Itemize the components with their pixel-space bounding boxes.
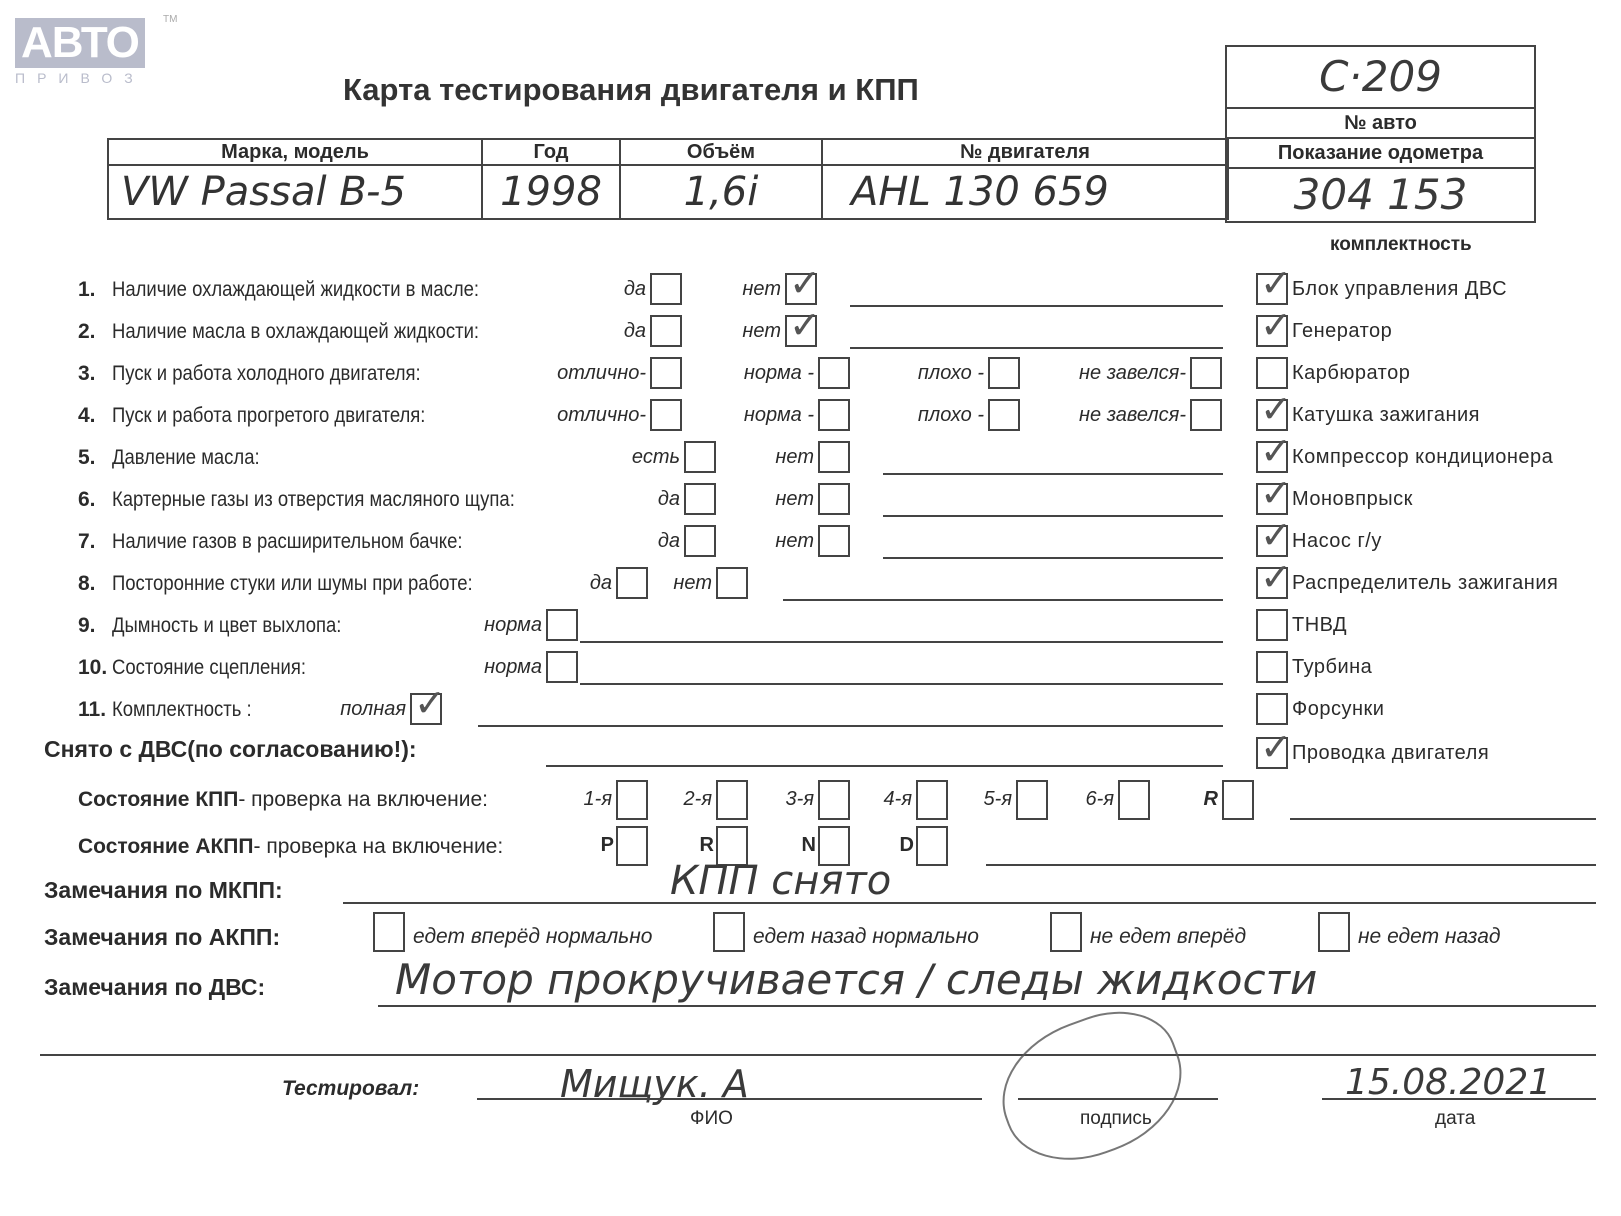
option-label: норма <box>484 614 542 637</box>
check-label: Состояние сцепления: <box>112 656 306 680</box>
check-label: Давление масла: <box>112 446 260 470</box>
option-checkbox[interactable] <box>616 567 648 599</box>
removed-row: Снято с ДВС (по согласованию!): <box>44 732 417 766</box>
car-number-value[interactable]: C·209 <box>1227 47 1534 109</box>
car-number-label: № авто <box>1227 109 1534 139</box>
komplektnost-item[interactable]: Турбина <box>1256 651 1372 683</box>
signature-caption: подпись <box>1080 1108 1152 1130</box>
option-checkbox[interactable] <box>650 315 682 347</box>
akpp-remark-label: едет назад нормально <box>753 925 979 949</box>
logo: АВТО TM ПРИВОЗ <box>15 18 155 86</box>
akpp-gear-checkbox[interactable] <box>616 826 648 866</box>
option-label: да <box>590 572 612 595</box>
check-number: 9. <box>78 614 112 638</box>
option-label: нет <box>775 530 814 553</box>
check-label: Наличие масла в охлаждающей жидкости: <box>112 320 479 344</box>
logo-sub: ПРИВОЗ <box>15 70 155 86</box>
option-label: полная <box>340 698 406 721</box>
option-label: нет <box>742 320 781 343</box>
year-value[interactable]: 1998 <box>482 165 620 219</box>
col-year: Год <box>482 139 620 165</box>
option-checkbox[interactable] <box>650 399 682 431</box>
col-engine-number: № двигателя <box>822 139 1228 165</box>
option-label: норма - <box>744 404 814 427</box>
kpp-gear-label: 2-я <box>684 788 712 811</box>
check-row: 2.Наличие масла в охлаждающей жидкости: <box>78 315 529 349</box>
komplektnost-label: Насос г/у <box>1292 530 1382 553</box>
kpp-gear-label: 6-я <box>1086 788 1114 811</box>
komplektnost-checkbox[interactable] <box>1256 609 1288 641</box>
check-row: 5.Давление масла: <box>78 441 280 475</box>
kpp-gear-checkbox[interactable] <box>716 780 748 820</box>
akpp-remark-checkbox[interactable] <box>373 912 405 952</box>
akpp-gear-label: P <box>601 834 614 857</box>
check-row: 3.Пуск и работа холодного двигателя: <box>78 357 463 391</box>
vehicle-info-table: Марка, модель Год Объём № двигателя VW P… <box>107 138 1229 220</box>
option-label: да <box>658 488 680 511</box>
check-notes-line[interactable] <box>478 725 1223 727</box>
akpp-gear-label: D <box>900 834 914 857</box>
check-label: Картерные газы из отверстия масляного щу… <box>112 488 515 512</box>
name-caption: ФИО <box>690 1108 733 1130</box>
option-checkbox[interactable] <box>988 357 1020 389</box>
komplektnost-item[interactable]: Компрессор кондиционера <box>1256 441 1553 473</box>
komplektnost-item[interactable]: Блок управления ДВС <box>1256 273 1507 305</box>
option-checkbox[interactable] <box>818 525 850 557</box>
check-number: 2. <box>78 320 112 344</box>
check-row: 10.Состояние сцепления: <box>78 651 332 685</box>
option-checkbox[interactable] <box>684 483 716 515</box>
komplektnost-label: Моновпрыск <box>1292 488 1413 511</box>
option-label: отлично- <box>557 362 646 385</box>
komplektnost-label: Генератор <box>1292 320 1392 343</box>
option-checkbox[interactable] <box>684 441 716 473</box>
komplektnost-item[interactable]: Карбюратор <box>1256 357 1410 389</box>
check-notes-line[interactable] <box>883 515 1223 517</box>
komplektnost-item[interactable]: Генератор <box>1256 315 1392 347</box>
komplektnost-item[interactable]: Форсунки <box>1256 693 1384 725</box>
volume-value[interactable]: 1,6i <box>620 165 822 219</box>
kpp-gear-label: 1-я <box>584 788 612 811</box>
date-value[interactable]: 15.08.2021 <box>1345 1062 1551 1103</box>
option-checkbox[interactable] <box>546 609 578 641</box>
option-checkbox[interactable] <box>410 693 442 725</box>
komplektnost-label: Карбюратор <box>1292 362 1410 385</box>
komplektnost-label: Блок управления ДВС <box>1292 278 1507 301</box>
option-label: норма - <box>744 362 814 385</box>
komplektnost-checkbox[interactable] <box>1256 737 1288 769</box>
akpp-notes-line[interactable] <box>986 864 1596 866</box>
check-number: 10. <box>78 656 112 680</box>
check-number: 5. <box>78 446 112 470</box>
kpp-gear-checkbox[interactable] <box>1118 780 1150 820</box>
date-caption: дата <box>1435 1108 1475 1130</box>
komplektnost-item[interactable]: Моновпрыск <box>1256 483 1413 515</box>
komplektnost-label: Распределитель зажигания <box>1292 572 1558 595</box>
kpp-gear-checkbox[interactable] <box>818 780 850 820</box>
check-row: 7.Наличие газов в расширительном бачке: <box>78 525 510 559</box>
akpp-remark-label: едет вперёд нормально <box>413 925 652 949</box>
kpp-label-bold: Состояние КПП <box>78 788 238 812</box>
page-title: Карта тестирования двигателя и КПП <box>343 72 919 108</box>
dvs-remarks-value[interactable]: Мотор прокручивается / следы жидкости <box>395 955 1317 1004</box>
akpp-remark-label: не едет вперёд <box>1090 925 1246 949</box>
check-row: 8.Посторонние стуки или шумы при работе: <box>78 567 522 601</box>
kpp-notes-line[interactable] <box>1290 818 1596 820</box>
mkpp-remarks-value[interactable]: КПП снято <box>670 858 891 904</box>
option-label: нет <box>775 446 814 469</box>
akpp-gear-label: R <box>700 834 714 857</box>
kpp-gear-checkbox[interactable] <box>1016 780 1048 820</box>
engine-number-value[interactable]: AHL 130 659 <box>822 165 1228 219</box>
akpp-remark-checkbox[interactable] <box>1318 912 1350 952</box>
option-checkbox[interactable] <box>818 357 850 389</box>
komplektnost-checkbox[interactable] <box>1256 483 1288 515</box>
komplektnost-checkbox[interactable] <box>1256 567 1288 599</box>
check-label: Наличие газов в расширительном бачке: <box>112 530 463 554</box>
kpp-gear-checkbox[interactable] <box>1222 780 1254 820</box>
logo-main: АВТО <box>15 18 145 68</box>
mkpp-remarks-line <box>343 902 1596 904</box>
komplektnost-label: Катушка зажигания <box>1292 404 1480 427</box>
kpp-gear-label: 3-я <box>786 788 814 811</box>
dvs-remarks-label: Замечания по ДВС: <box>44 970 265 1004</box>
signature[interactable] <box>983 993 1202 1182</box>
kpp-gear-label: 4-я <box>884 788 912 811</box>
check-notes-line[interactable] <box>850 305 1223 307</box>
check-number: 8. <box>78 572 112 596</box>
akpp-remark-checkbox[interactable] <box>1050 912 1082 952</box>
divider <box>40 1054 1596 1056</box>
option-label: отлично- <box>557 404 646 427</box>
option-label: да <box>624 278 646 301</box>
option-checkbox[interactable] <box>684 525 716 557</box>
check-row: 4.Пуск и работа прогретого двигателя: <box>78 399 468 433</box>
col-make-model: Марка, модель <box>108 139 482 165</box>
removed-label-rest: (по согласованию!): <box>187 736 416 763</box>
check-notes-line[interactable] <box>580 683 1223 685</box>
check-label: Наличие охлаждающей жидкости в масле: <box>112 278 479 302</box>
check-number: 7. <box>78 530 112 554</box>
option-label: да <box>624 320 646 343</box>
check-notes-line[interactable] <box>883 473 1223 475</box>
odometer-value[interactable]: 304 153 <box>1227 169 1534 221</box>
akpp-gear-checkbox[interactable] <box>916 826 948 866</box>
col-volume: Объём <box>620 139 822 165</box>
option-checkbox[interactable] <box>785 273 817 305</box>
check-number: 1. <box>78 278 112 302</box>
date-line <box>1322 1098 1596 1100</box>
check-number: 6. <box>78 488 112 512</box>
komplektnost-item[interactable]: Катушка зажигания <box>1256 399 1480 431</box>
kpp-label-rest: - проверка на включение: <box>238 788 488 812</box>
akpp-remarks-label: Замечания по АКПП: <box>44 920 280 954</box>
komplektnost-checkbox[interactable] <box>1256 651 1288 683</box>
check-label: Комплектность : <box>112 698 252 722</box>
komplektnost-checkbox[interactable] <box>1256 357 1288 389</box>
removed-input[interactable] <box>546 765 1223 767</box>
kpp-gear-checkbox[interactable] <box>616 780 648 820</box>
option-label: плохо - <box>918 362 984 385</box>
komplektnost-item[interactable]: Насос г/у <box>1256 525 1382 557</box>
komplektnost-label: Турбина <box>1292 656 1372 679</box>
check-notes-line[interactable] <box>883 557 1223 559</box>
akpp-remark-label: не едет назад <box>1358 925 1500 949</box>
komplektnost-label: Компрессор кондиционера <box>1292 446 1553 469</box>
komplektnost-checkbox[interactable] <box>1256 693 1288 725</box>
komplektnost-label: Форсунки <box>1292 698 1384 721</box>
make-model-value[interactable]: VW Passal B-5 <box>108 165 482 219</box>
komplektnost-label: Проводка двигателя <box>1292 742 1489 765</box>
option-checkbox[interactable] <box>546 651 578 683</box>
option-checkbox[interactable] <box>650 273 682 305</box>
option-label: есть <box>632 446 680 469</box>
check-row: 6.Картерные газы из отверстия масляного … <box>78 483 570 517</box>
option-label: нет <box>673 572 712 595</box>
signature-line <box>1018 1098 1218 1100</box>
komplektnost-checkbox[interactable] <box>1256 399 1288 431</box>
check-label: Пуск и работа прогретого двигателя: <box>112 404 425 428</box>
option-checkbox[interactable] <box>818 441 850 473</box>
check-label: Дымность и цвет выхлопа: <box>112 614 341 638</box>
kpp-gear-label: R <box>1204 788 1218 811</box>
option-checkbox[interactable] <box>818 399 850 431</box>
dvs-remarks-line <box>378 1005 1596 1007</box>
name-line <box>477 1098 982 1100</box>
check-number: 4. <box>78 404 112 428</box>
check-label: Посторонние стуки или шумы при работе: <box>112 572 473 596</box>
option-checkbox[interactable] <box>785 315 817 347</box>
kpp-row: Состояние КПП - проверка на включение: <box>78 783 488 817</box>
mkpp-remarks-label: Замечания по МКПП: <box>44 873 283 907</box>
akpp-gear-label: N <box>802 834 816 857</box>
option-checkbox[interactable] <box>716 567 748 599</box>
logo-tm: TM <box>163 14 177 25</box>
check-notes-line[interactable] <box>850 347 1223 349</box>
kpp-gear-label: 5-я <box>984 788 1012 811</box>
komplektnost-checkbox[interactable] <box>1256 441 1288 473</box>
komplektnost-item[interactable]: Распределитель зажигания <box>1256 567 1558 599</box>
komplektnost-label: ТНВД <box>1292 614 1347 637</box>
check-number: 3. <box>78 362 112 386</box>
check-notes-line[interactable] <box>783 599 1223 601</box>
akpp-label-bold: Состояние АКПП <box>78 835 254 859</box>
option-label: норма <box>484 656 542 679</box>
komplektnost-checkbox[interactable] <box>1256 315 1288 347</box>
removed-label-bold: Снято с ДВС <box>44 736 187 763</box>
option-label: нет <box>775 488 814 511</box>
check-row: 1.Наличие охлаждающей жидкости в масле: <box>78 273 529 307</box>
akpp-remark-checkbox[interactable] <box>713 912 745 952</box>
check-row: 9.Дымность и цвет выхлопа: <box>78 609 373 643</box>
check-notes-line[interactable] <box>580 641 1223 643</box>
option-label: нет <box>742 278 781 301</box>
akpp-row: Состояние АКПП - проверка на включение: <box>78 830 503 864</box>
akpp-label-rest: - проверка на включение: <box>254 835 504 859</box>
komplektnost-item[interactable]: Проводка двигателя <box>1256 737 1489 769</box>
car-box: C·209 № авто Показание одометра 304 153 <box>1225 45 1536 223</box>
check-label: Пуск и работа холодного двигателя: <box>112 362 421 386</box>
option-checkbox[interactable] <box>650 357 682 389</box>
option-label: да <box>658 530 680 553</box>
check-number: 11. <box>78 698 112 722</box>
komplektnost-checkbox[interactable] <box>1256 525 1288 557</box>
option-label: не завелся- <box>1079 404 1186 427</box>
odometer-label: Показание одометра <box>1227 139 1534 169</box>
option-label: не завелся- <box>1079 362 1186 385</box>
komplektnost-title: комплектность <box>1330 234 1472 256</box>
komplektnost-item[interactable]: ТНВД <box>1256 609 1347 641</box>
kpp-gear-checkbox[interactable] <box>916 780 948 820</box>
komplektnost-checkbox[interactable] <box>1256 273 1288 305</box>
option-checkbox[interactable] <box>988 399 1020 431</box>
tested-label: Тестировал: <box>282 1077 419 1101</box>
option-checkbox[interactable] <box>1190 357 1222 389</box>
check-row: 11.Комплектность : <box>78 693 271 727</box>
option-checkbox[interactable] <box>818 483 850 515</box>
option-label: плохо - <box>918 404 984 427</box>
option-checkbox[interactable] <box>1190 399 1222 431</box>
